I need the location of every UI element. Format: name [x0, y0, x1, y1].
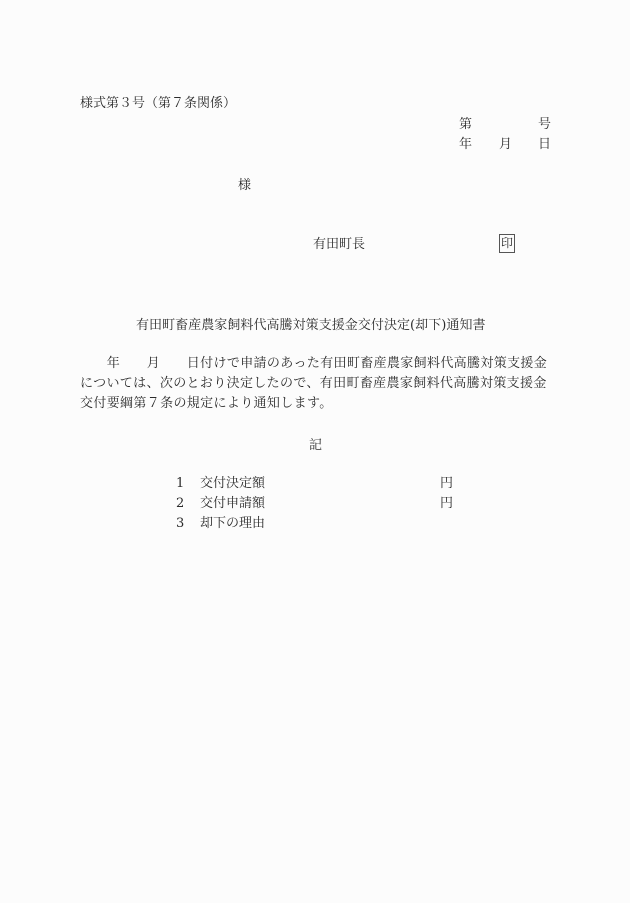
item-label: 交付申請額: [200, 496, 265, 511]
sender-name: 有田町長: [313, 235, 365, 255]
list-item-decided-amount: 1交付決定額: [176, 474, 265, 494]
date-day: 日: [538, 135, 551, 155]
date-month: 月: [499, 135, 512, 155]
item-label: 却下の理由: [200, 516, 265, 531]
addressee-honorific: 様: [238, 176, 251, 196]
list-item-applied-amount: 2交付申請額: [176, 494, 265, 514]
item-label: 交付決定額: [200, 476, 265, 491]
item-number: 1: [176, 474, 200, 494]
form-number-label: 様式第３号（第７条関係）: [80, 94, 236, 114]
item-number: 3: [176, 514, 200, 534]
body-line: については、次のとおり決定したので、有田町畜産農家飼料代高騰対策支援金: [80, 374, 554, 394]
document-title: 有田町畜産農家飼料代高騰対策支援金交付決定(却下)通知書: [136, 316, 486, 336]
list-item-rejection-reason: 3却下の理由: [176, 514, 265, 534]
ki-heading: 記: [309, 436, 322, 456]
item-number: 2: [176, 494, 200, 514]
body-line: 交付要綱第７条の規定により通知します。: [80, 394, 554, 414]
seal-mark: 印: [499, 234, 515, 253]
document-number-prefix: 第: [459, 115, 472, 135]
item-unit: 円: [440, 474, 453, 494]
date-year: 年: [459, 135, 472, 155]
body-line: 年 月 日付けで申請のあった有田町畜産農家飼料代高騰対策支援金: [80, 354, 554, 374]
item-unit: 円: [440, 494, 453, 514]
body-paragraph: 年 月 日付けで申請のあった有田町畜産農家飼料代高騰対策支援金 については、次の…: [80, 354, 554, 414]
document-number-suffix: 号: [538, 115, 551, 135]
